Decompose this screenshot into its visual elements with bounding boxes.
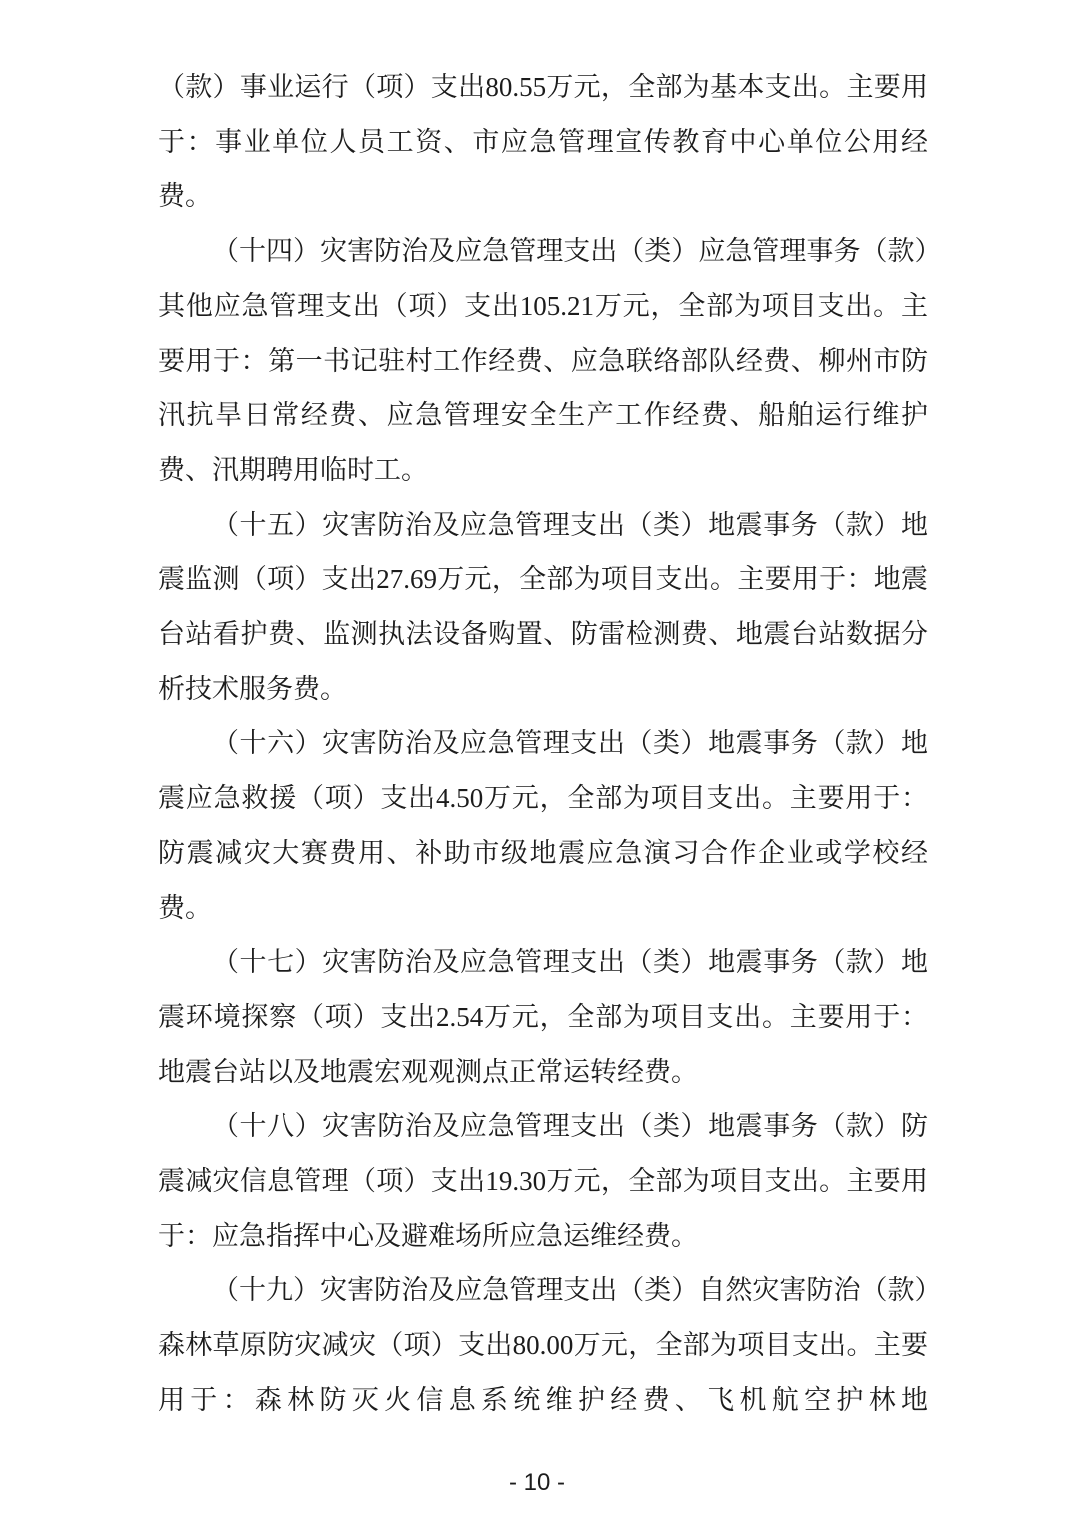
paragraph: （十八）灾害防治及应急管理支出（类）地震事务（款）防震减灾信息管理（项）支出19… <box>158 1099 928 1263</box>
paragraph: （十九）灾害防治及应急管理支出（类）自然灾害防治（款）森林草原防灾减灾（项）支出… <box>158 1263 928 1427</box>
document-body: （款）事业运行（项）支出80.55万元，全部为基本支出。主要用于：事业单位人员工… <box>158 60 928 1428</box>
paragraph: （十七）灾害防治及应急管理支出（类）地震事务（款）地震环境探察（项）支出2.54… <box>158 935 928 1099</box>
page-number: - 10 - <box>0 1469 1074 1497</box>
paragraph: （十五）灾害防治及应急管理支出（类）地震事务（款）地震监测（项）支出27.69万… <box>158 498 928 717</box>
paragraph: （款）事业运行（项）支出80.55万元，全部为基本支出。主要用于：事业单位人员工… <box>158 60 928 224</box>
paragraph: （十四）灾害防治及应急管理支出（类）应急管理事务（款）其他应急管理支出（项）支出… <box>158 224 928 498</box>
paragraph: （十六）灾害防治及应急管理支出（类）地震事务（款）地震应急救援（项）支出4.50… <box>158 716 928 935</box>
document-page: （款）事业运行（项）支出80.55万元，全部为基本支出。主要用于：事业单位人员工… <box>0 0 1074 1520</box>
